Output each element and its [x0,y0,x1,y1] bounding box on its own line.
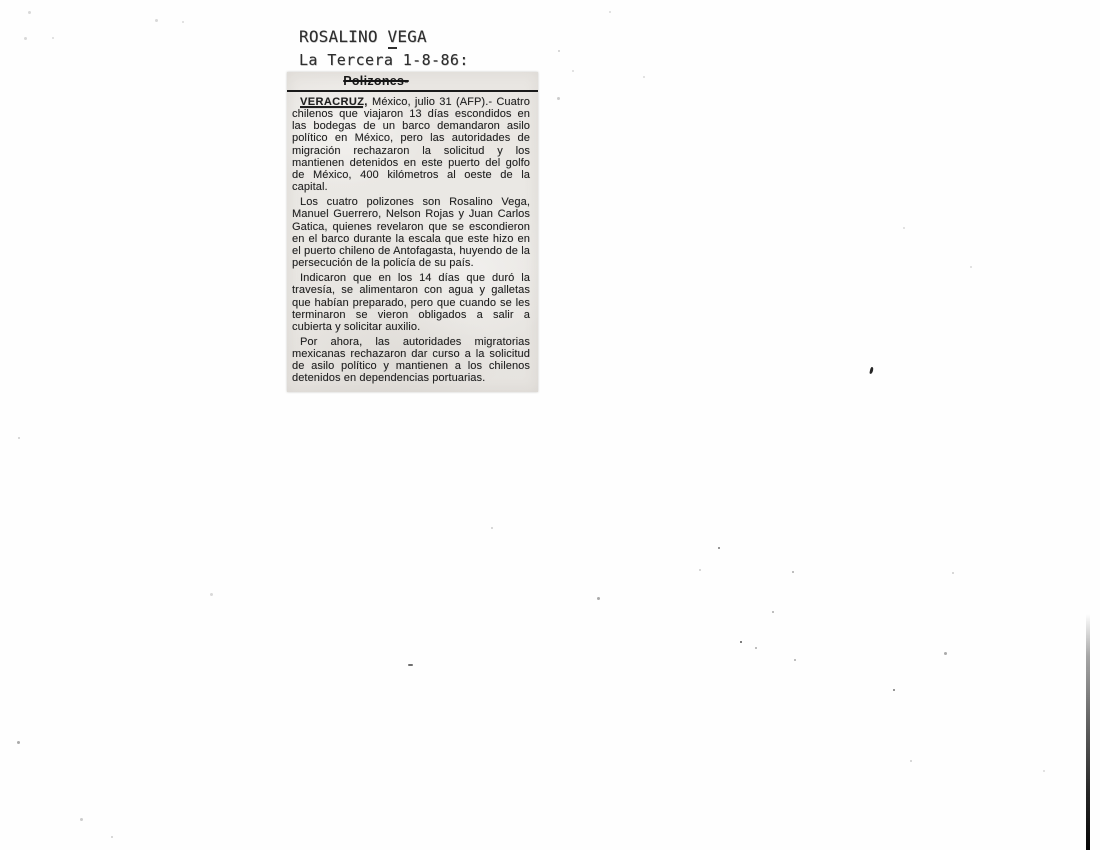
scan-speck [155,19,158,22]
article-paragraph-4: Por ahora, las autoridades migratorias m… [292,336,530,385]
typed-name-underlined-letter: V [388,27,398,49]
scan-speck [893,689,895,691]
scan-speck [944,652,947,655]
scan-speck [28,11,31,14]
scan-speck [52,37,54,39]
scan-speck [970,266,972,268]
scan-speck [24,37,27,40]
scan-edge-shadow [1086,614,1090,850]
scan-speck [572,70,574,72]
scan-speck [491,527,493,529]
scan-speck [718,547,720,549]
article-paragraph-1: VERACRUZ, México, julio 31 (AFP).- Cuatr… [292,96,530,193]
scan-speck [558,50,560,52]
paragraph-text: Los cuatro polizones son Rosalino Vega, … [292,196,530,269]
scan-speck [755,647,757,649]
ink-mark [869,367,873,374]
scan-speck [794,659,796,661]
paragraph-text: Por ahora, las autoridades migratorias m… [292,336,530,384]
scan-speck [408,664,413,666]
scan-speck [643,76,645,78]
scan-speck [903,227,905,229]
typed-header: ROSALINO VEGA La Tercera 1-8-86: [299,27,469,70]
headline-rule [287,90,538,92]
scan-speck [740,641,742,643]
scan-speck [557,97,560,100]
paragraph-text: Indicaron que en los 14 días que duró la… [292,272,530,333]
scanned-page: ROSALINO VEGA La Tercera 1-8-86: Polizon… [0,0,1100,850]
article-body: VERACRUZ, México, julio 31 (AFP).- Cuatr… [292,96,530,385]
scan-speck [210,593,213,596]
scan-speck [910,760,912,762]
scan-speck [18,437,20,439]
scan-speck [772,611,774,613]
scan-speck [792,571,794,573]
scan-speck [952,572,954,574]
scan-speck [182,21,184,23]
typed-source-line: La Tercera 1-8-86: [299,51,469,70]
scan-speck [80,818,83,821]
clipping-headline: Polizones- [292,74,530,89]
article-paragraph-2: Los cuatro polizones son Rosalino Vega, … [292,196,530,269]
scan-speck [699,569,701,571]
scan-speck [111,836,113,838]
dateline: VERACRUZ, [300,96,368,108]
typed-name-pre: ROSALINO [299,27,388,46]
scan-speck [609,11,611,13]
scan-speck [1043,770,1045,772]
paragraph-text: México, julio 31 (AFP).- Cuatro chilenos… [292,96,530,193]
scan-speck [597,597,600,600]
scan-speck [17,741,20,744]
article-paragraph-3: Indicaron que en los 14 días que duró la… [292,272,530,333]
typed-name-line: ROSALINO VEGA [299,27,469,47]
typed-name-post: EGA [397,27,427,46]
news-clipping: Polizones- VERACRUZ, México, julio 31 (A… [287,72,538,392]
